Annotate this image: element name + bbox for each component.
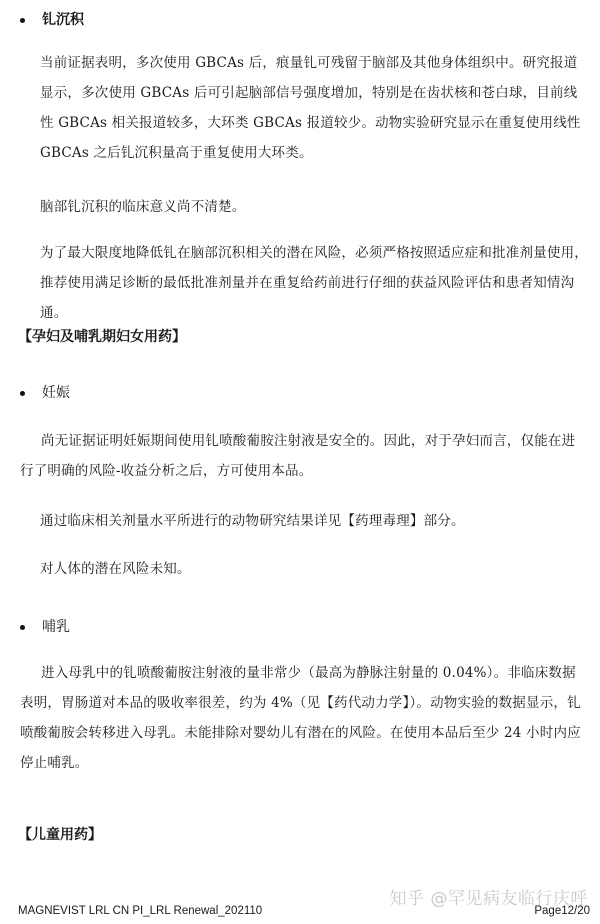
paragraph: 脑部钆沉积的临床意义尚不清楚。 bbox=[40, 192, 588, 222]
bullet-dot-icon bbox=[20, 18, 25, 23]
footer-page-number: Page12/20 bbox=[534, 905, 590, 917]
paragraph: 为了最大限度地降低钆在脑部沉积相关的潜在风险，必须严格按照适应症和批准剂量使用，… bbox=[40, 238, 588, 328]
paragraph: 对人体的潜在风险未知。 bbox=[40, 554, 588, 584]
paragraph: 尚无证据证明妊娠期间使用钆喷酸葡胺注射液是安全的。因此，对于孕妇而言，仅能在进行… bbox=[20, 426, 588, 486]
bullet-title: 妊娠 bbox=[42, 383, 70, 403]
paragraph: 进入母乳中的钆喷酸葡胺注射液的量非常少（最高为静脉注射量的 0.04%）。非临床… bbox=[20, 658, 588, 778]
bullet-title: 钆沉积 bbox=[42, 10, 84, 30]
section-heading-pediatric: 【儿童用药】 bbox=[18, 824, 102, 844]
bullet-title: 哺乳 bbox=[42, 617, 70, 637]
bullet-dot-icon bbox=[20, 391, 25, 396]
paragraph: 通过临床相关剂量水平所进行的动物研究结果详见【药理毒理】部分。 bbox=[40, 506, 588, 536]
section-heading-pregnancy-lactation: 【孕妇及哺乳期妇女用药】 bbox=[18, 326, 186, 346]
footer-document-id: MAGNEVIST LRL CN PI_LRL Renewal_202110 bbox=[18, 905, 262, 917]
bullet-dot-icon bbox=[20, 625, 25, 630]
paragraph: 当前证据表明，多次使用 GBCAs 后，痕量钆可残留于脑部及其他身体组织中。研究… bbox=[40, 48, 588, 168]
